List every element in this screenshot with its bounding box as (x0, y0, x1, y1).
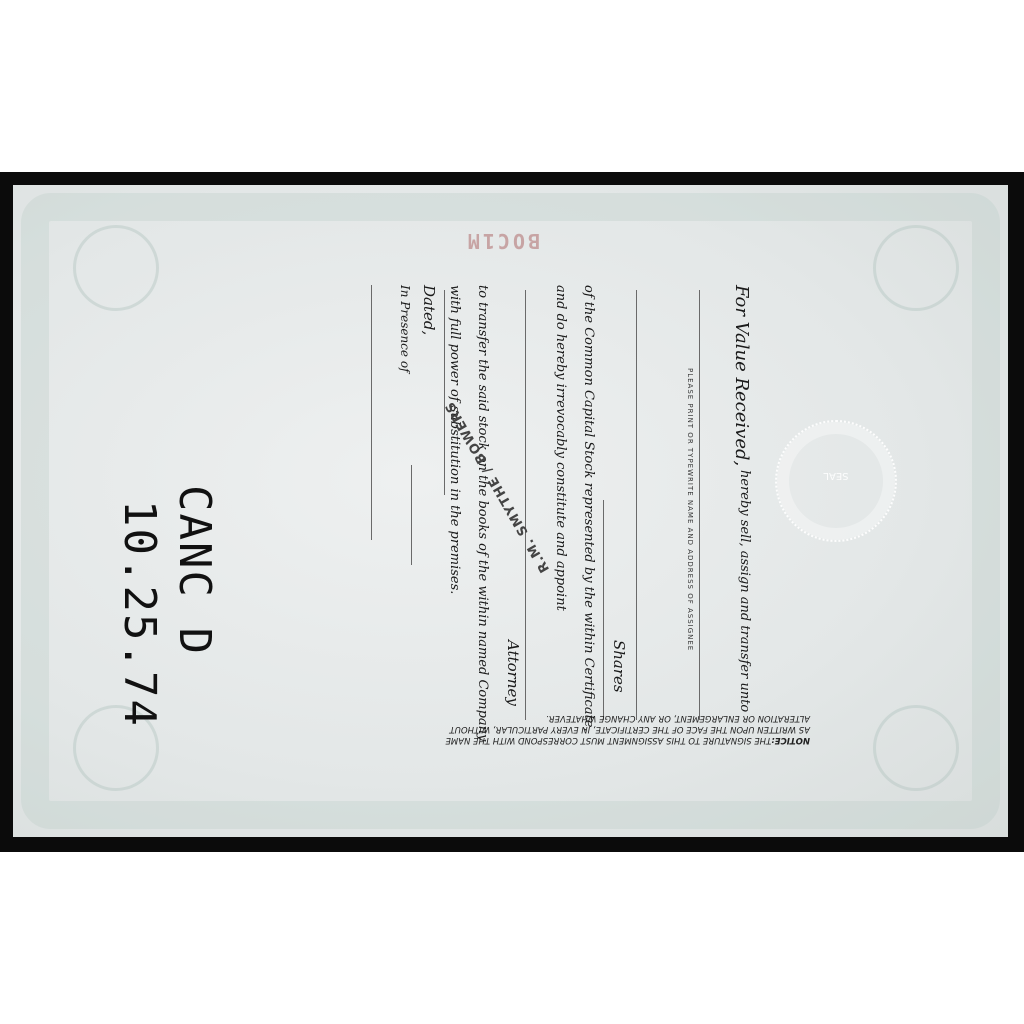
dated-label: Dated, (420, 285, 438, 335)
notice-line-2: AS WRITTEN UPON THE FACE OF THE CERTIFIC… (445, 723, 810, 734)
perforation-cancel: CANC D (169, 485, 220, 656)
assignment-line-4: with full power of substitution in the p… (447, 285, 462, 594)
perforation-date: 10.25.74 (114, 500, 165, 728)
assignment-line-1: of the Common Capital Stock represented … (581, 285, 596, 732)
assignee-instruction: PLEASE PRINT OR TYPEWRITE NAME AND ADDRE… (686, 368, 694, 651)
witness-line (371, 285, 372, 540)
witness-line-2 (411, 465, 412, 565)
rosette-ornament (873, 705, 959, 791)
assignment-line-3: to transfer the said stock on the books … (475, 285, 490, 741)
notice-block: NOTICE:THE SIGNATURE TO THIS ASSIGNMENT … (445, 712, 810, 745)
rosette-ornament (73, 225, 159, 311)
shares-line (636, 290, 637, 720)
shares-label: Shares (610, 640, 628, 693)
line (603, 500, 604, 720)
attorney-label: Attorney (504, 640, 522, 706)
hereby-text: hereby sell, assign and transfer unto (737, 470, 752, 712)
rosette-ornament (873, 225, 959, 311)
notice-label: NOTICE: (771, 735, 810, 745)
assignment-line-2: and do hereby irrevocably constitute and… (553, 285, 568, 611)
attorney-line (525, 290, 526, 720)
notice-line-1: THE SIGNATURE TO THIS ASSIGNMENT MUST CO… (445, 735, 771, 745)
embossed-seal: SEAL (775, 420, 897, 542)
assignee-line (699, 290, 700, 720)
dated-line (444, 290, 445, 495)
in-presence-of-label: In Presence of (398, 285, 412, 373)
notice-line-3: ALTERATION OR ENLARGEMENT, OR ANY CHANGE… (445, 712, 810, 723)
serial-number: BOC1M (465, 229, 540, 253)
for-value-received: For Value Received, (731, 285, 752, 466)
